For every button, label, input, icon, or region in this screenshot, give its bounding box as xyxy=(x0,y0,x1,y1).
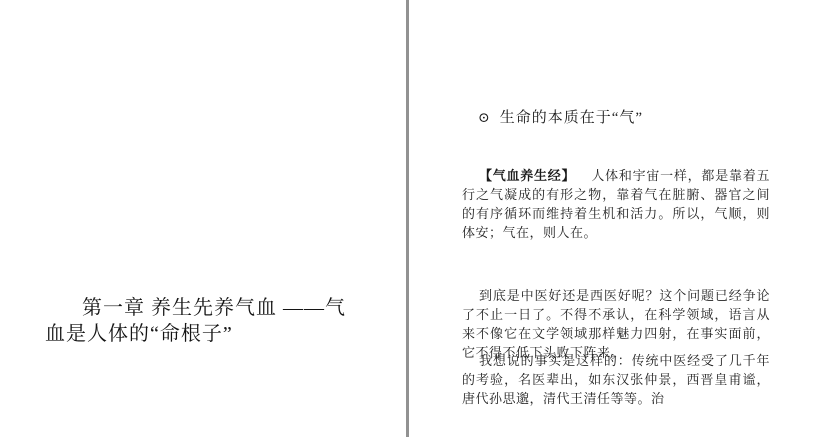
paragraph-qixue-regimen: 【气血养生经】人体和宇宙一样，都是靠着五行之气凝成的有形之物，靠着气在脏腑、器官… xyxy=(462,166,770,242)
page-divider xyxy=(406,0,409,437)
book-spread: 第一章 养生先养气血 ——气血是人体的“命根子” ⊙生命的本质在于“气” 【气血… xyxy=(0,0,818,437)
circled-dot-icon: ⊙ xyxy=(478,110,491,127)
section-heading-text: 生命的本质在于“气” xyxy=(500,110,643,126)
chapter-title: 第一章 养生先养气血 ——气血是人体的“命根子” xyxy=(45,295,349,347)
right-page: ⊙生命的本质在于“气” 【气血养生经】人体和宇宙一样，都是靠着五行之气凝成的有形… xyxy=(410,0,818,437)
left-page: 第一章 养生先养气血 ——气血是人体的“命根子” xyxy=(0,0,406,437)
qixue-regimen-label: 【气血养生经】 xyxy=(479,168,575,183)
paragraph-mingyi: 我想说的事实是这样的：传统中医经受了几千年的考验，名医辈出，如东汉张仲景，西晋皇… xyxy=(462,351,770,408)
section-heading: ⊙生命的本质在于“气” xyxy=(478,106,643,127)
